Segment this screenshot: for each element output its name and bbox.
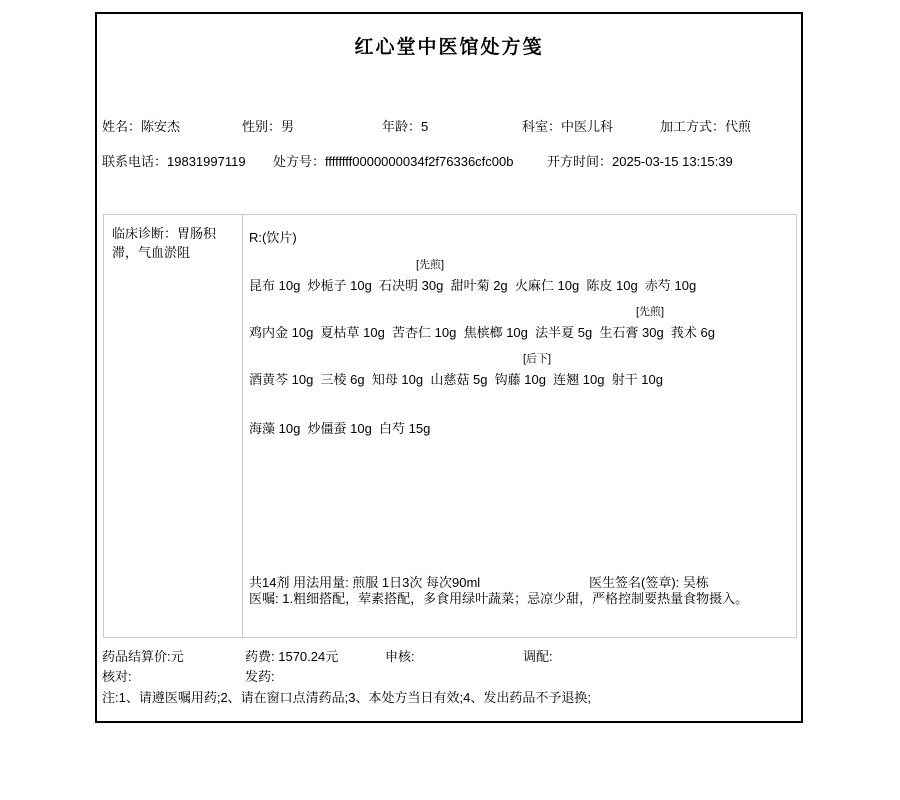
decoction-tag-2: [先煎]: [636, 303, 664, 319]
dispense-mix-field: 调配:: [523, 646, 553, 665]
patient-process-label: 加工方式：: [660, 119, 725, 134]
page-title: 红心堂中医馆处方笺: [95, 32, 803, 59]
fee-label: 药费:: [245, 649, 278, 664]
review-label: 申核:: [385, 649, 415, 664]
patient-age-field: 年龄：5: [382, 116, 428, 135]
rx-number-field: 处方号：ffffffff0000000034f2f76336cfc00b: [273, 151, 513, 170]
check-field: 核对:: [102, 666, 132, 685]
patient-phone-field: 联系电话：19831997119: [102, 151, 246, 170]
patient-name-value: 陈安杰: [141, 119, 180, 134]
check-label: 核对:: [102, 669, 132, 684]
patient-phone-label: 联系电话：: [102, 154, 167, 169]
issue-field: 发药:: [245, 666, 275, 685]
diagnosis-cell: 临床诊断：胃肠积滞，气血淤阻: [104, 215, 243, 637]
rx-content-cell: R:(饮片) [先煎] 昆布 10g 炒栀子 10g 石决明 30g 甜叶菊 2…: [244, 215, 796, 637]
settle-price-label: 药品结算价:: [102, 649, 171, 664]
prescription-page: 红心堂中医馆处方笺 姓名：陈安杰 性别：男 年龄：5 科室：中医儿科 加工方式：…: [0, 0, 900, 800]
decoction-tag-3: [后下]: [523, 350, 551, 366]
patient-gender-label: 性别：: [242, 119, 281, 134]
patient-name-field: 姓名：陈安杰: [102, 116, 180, 135]
patient-gender-field: 性别：男: [242, 116, 294, 135]
rx-number-value: ffffffff0000000034f2f76336cfc00b: [325, 154, 513, 169]
patient-age-label: 年龄：: [382, 119, 421, 134]
doctor-signature: 医生签名(签章): 吴栋: [589, 572, 709, 591]
herb-line-2: 鸡内金 10g 夏枯草 10g 苦杏仁 10g 焦槟榔 10g 法半夏 5g 生…: [249, 322, 715, 341]
patient-process-value: 代煎: [725, 119, 751, 134]
doctor-advice: 医嘱: 1.粗细搭配，荤素搭配，多食用绿叶蔬菜；忌凉少甜，严格控制要热量食物摄入…: [249, 590, 795, 608]
dispense-mix-label: 调配:: [523, 649, 553, 664]
usage-line: 共14剂 用法用量: 煎服 1日3次 每次90ml: [249, 572, 480, 591]
settle-price-value: 元: [171, 649, 184, 664]
patient-process-field: 加工方式：代煎: [660, 116, 751, 135]
patient-name-label: 姓名：: [102, 119, 141, 134]
patient-phone-value: 19831997119: [167, 154, 246, 169]
decoction-tag-1: [先煎]: [416, 256, 444, 272]
rx-time-field: 开方时间：2025-03-15 13:15:39: [547, 151, 733, 170]
issue-label: 发药:: [245, 669, 275, 684]
herb-line-1: 昆布 10g 炒栀子 10g 石决明 30g 甜叶菊 2g 火麻仁 10g 陈皮…: [249, 275, 696, 294]
herb-line-3: 酒黄芩 10g 三棱 6g 知母 10g 山慈菇 5g 钩藤 10g 连翘 10…: [249, 369, 663, 388]
patient-gender-value: 男: [281, 119, 294, 134]
prescription-table: 临床诊断：胃肠积滞，气血淤阻 R:(饮片) [先煎] 昆布 10g 炒栀子 10…: [103, 214, 797, 638]
patient-dept-value: 中医儿科: [561, 119, 613, 134]
rx-header: R:(饮片): [249, 227, 297, 246]
rx-number-label: 处方号：: [273, 154, 325, 169]
patient-age-value: 5: [421, 119, 428, 134]
rx-time-value: 2025-03-15 13:15:39: [612, 154, 733, 169]
patient-dept-label: 科室：: [522, 119, 561, 134]
herb-line-4: 海藻 10g 炒僵蚕 10g 白芍 15g: [249, 418, 430, 437]
fee-field: 药费: 1570.24元: [245, 646, 338, 665]
settle-price-field: 药品结算价:元: [102, 646, 184, 665]
patient-dept-field: 科室：中医儿科: [522, 116, 613, 135]
doctor-signature-label: 医生签名(签章):: [589, 575, 683, 590]
diagnosis-label: 临床诊断：: [112, 226, 177, 241]
rx-time-label: 开方时间：: [547, 154, 612, 169]
footer-note: 注:1、请遵医嘱用药;2、请在窗口点清药品;3、本处方当日有效;4、发出药品不予…: [102, 687, 591, 706]
fee-value: 1570.24元: [278, 649, 338, 664]
doctor-signature-value: 吴栋: [683, 575, 709, 590]
review-field: 申核:: [385, 646, 415, 665]
